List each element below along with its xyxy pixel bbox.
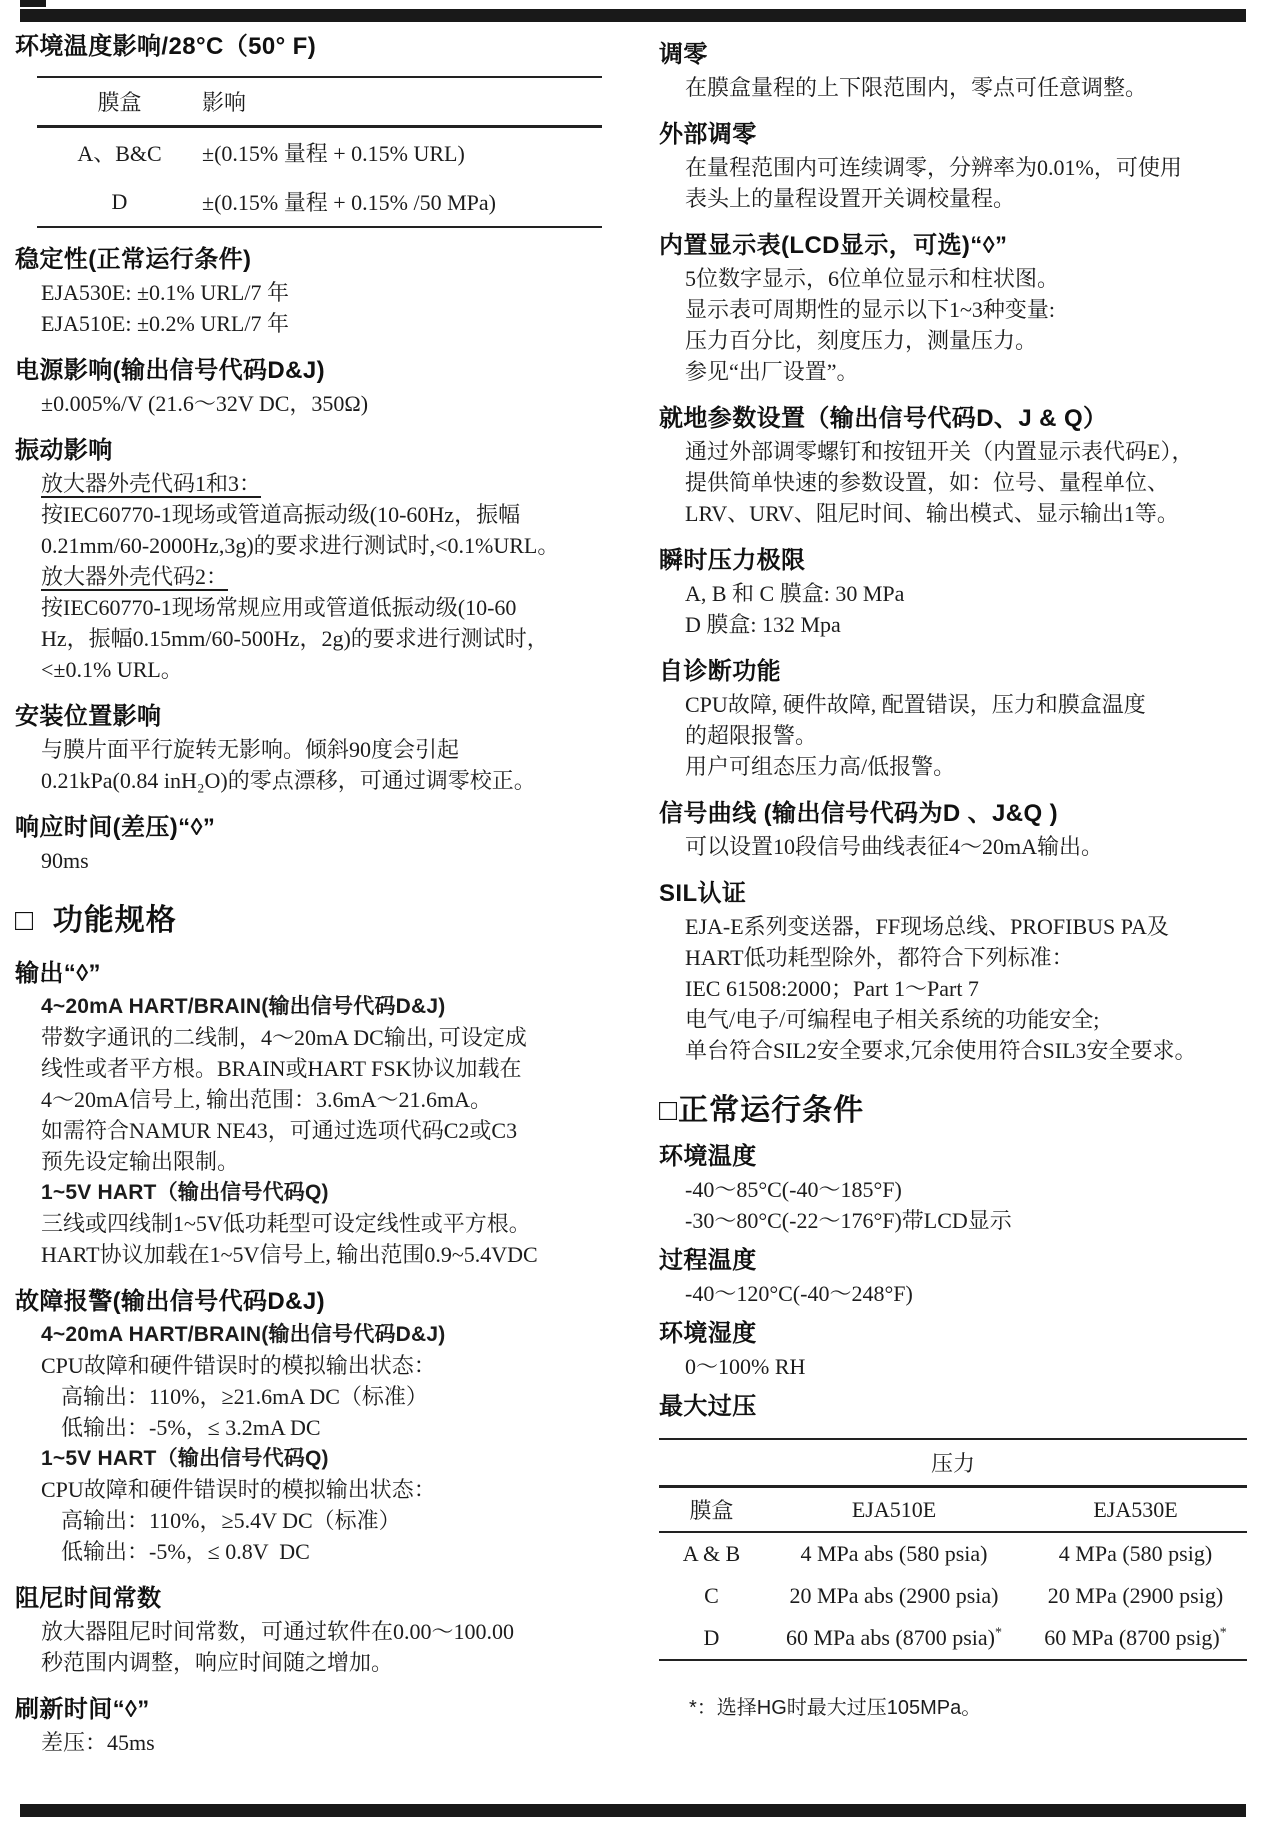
text-line: HART低功耗型除外，都符合下列标准： xyxy=(659,942,1249,973)
text-line: -30～80°C(-22～176°F)带LCD显示 xyxy=(659,1205,1249,1236)
text-line: CPU故障, 硬件故障, 配置错误，压力和膜盒温度 xyxy=(659,689,1249,720)
section-output: 输出“◊”4~20mA HART/BRAIN(输出信号代码D&J)带数字通讯的二… xyxy=(15,957,635,1270)
section-heading: 外部调零 xyxy=(659,118,1249,152)
text-line: EJA530E: ±0.1% URL/7 年 xyxy=(15,277,635,308)
section-heading: 环境温度影响/28°C（50° F) xyxy=(15,30,635,64)
section-update-time: 刷新时间“◊”差压：45ms xyxy=(15,1693,635,1758)
text-line: 按IEC60770-1现场常规应用或管道低振动级(10-60 xyxy=(15,592,635,623)
section-ambient-temperature-effect: 环境温度影响/28°C（50° F)膜盒影响A、B&C±(0.15% 量程 + … xyxy=(15,30,635,228)
section-heading: 振动影响 xyxy=(15,434,635,468)
table-cell: 4 MPa abs (580 psia) xyxy=(764,1532,1024,1575)
section-heading: 内置显示表(LCD显示，可选)“◊” xyxy=(659,229,1249,263)
table-row: D60 MPa abs (8700 psia)*60 MPa (8700 psi… xyxy=(659,1617,1247,1660)
text-line: 压力百分比，刻度压力，测量压力。 xyxy=(659,325,1249,356)
table-header-cell: EJA510E xyxy=(764,1487,1024,1533)
section-heading: 阻尼时间常数 xyxy=(15,1582,635,1616)
section-heading: 信号曲线 (输出信号代码为D 、J&Q ) xyxy=(659,797,1249,831)
text-line: 秒范围内调整，响应时间随之增加。 xyxy=(15,1647,635,1678)
table-cell: 4 MPa (580 psig) xyxy=(1024,1532,1247,1575)
section-sil-certification: SIL认证EJA-E系列变送器，FF现场总线、PROFIBUS PA及HART低… xyxy=(659,877,1249,1066)
text-line: 差压：45ms xyxy=(15,1727,635,1758)
section-heading: 稳定性(正常运行条件) xyxy=(15,243,635,277)
section-self-diagnostics: 自诊断功能CPU故障, 硬件故障, 配置错误，压力和膜盒温度的超限报警。用户可组… xyxy=(659,655,1249,782)
left-column: 环境温度影响/28°C（50° F)膜盒影响A、B&C±(0.15% 量程 + … xyxy=(15,30,635,1758)
text-line: 带数字通讯的二线制，4～20mA DC输出, 可设定成 xyxy=(15,1022,635,1053)
table-header-row: 膜盒影响 xyxy=(37,77,602,127)
section-mounting-position-effect: 安装位置影响与膜片面平行旋转无影响。倾斜90度会引起0.21kPa(0.84 i… xyxy=(15,700,635,796)
table-header-cell: 膜盒 xyxy=(37,77,202,127)
text-line: 0.21mm/60-2000Hz,3g)的要求进行测试时,<0.1%URL。 xyxy=(15,530,635,561)
table-head: 膜盒影响 xyxy=(37,77,602,127)
table-row: C20 MPa abs (2900 psia)20 MPa (2900 psig… xyxy=(659,1575,1247,1617)
table-cell: A、B&C xyxy=(37,127,202,178)
text-line: LRV、URV、阻尼时间、输出模式、显示输出1等。 xyxy=(659,498,1249,529)
effect-table: 膜盒影响A、B&C±(0.15% 量程 + 0.15% URL)D±(0.15%… xyxy=(37,76,602,228)
table-cell: D xyxy=(659,1617,764,1660)
text-line: IEC 61508:2000；Part 1～Part 7 xyxy=(659,973,1249,1004)
text-line: 0～100% RH xyxy=(659,1351,1249,1382)
text-line: 90ms xyxy=(15,845,635,876)
text-line: 低输出：-5%，≤ 3.2mA DC xyxy=(15,1412,635,1443)
table-cell: 20 MPa (2900 psig) xyxy=(1024,1575,1247,1617)
section-maximum-overpressure: 最大过压压力膜盒EJA510EEJA530EA & B4 MPa abs (58… xyxy=(659,1390,1249,1720)
document-body: 环境温度影响/28°C（50° F)膜盒影响A、B&C±(0.15% 量程 + … xyxy=(15,30,1249,1758)
text-line: 表头上的量程设置开关调校量程。 xyxy=(659,183,1249,214)
footnote-star: * xyxy=(1220,1626,1227,1641)
text-line: 可以设置10段信号曲线表征4～20mA输出。 xyxy=(659,831,1249,862)
table-cell: 60 MPa (8700 psig)* xyxy=(1024,1617,1247,1660)
table-span-row: 压力 xyxy=(659,1439,1247,1487)
table-cell: A & B xyxy=(659,1532,764,1575)
text-line: A, B 和 C 膜盒: 30 MPa xyxy=(659,578,1249,609)
text-line: 高输出：110%，≥5.4V DC（标准） xyxy=(15,1505,635,1536)
table-row: A & B4 MPa abs (580 psia)4 MPa (580 psig… xyxy=(659,1532,1247,1575)
text-line: 通过外部调零螺钉和按钮开关（内置显示表代码E）， xyxy=(659,436,1249,467)
section-heading: 最大过压 xyxy=(659,1390,1249,1424)
section-local-parameter-setting: 就地参数设置（输出信号代码D、J & Q）通过外部调零螺钉和按钮开关（内置显示表… xyxy=(659,402,1249,529)
table-header-row: 膜盒EJA510EEJA530E xyxy=(659,1487,1247,1533)
section-external-zero-adjustment: 外部调零在量程范围内可连续调零，分辨率为0.01%，可使用表头上的量程设置开关调… xyxy=(659,118,1249,214)
overpressure-table: 压力膜盒EJA510EEJA530EA & B4 MPa abs (580 ps… xyxy=(659,1438,1247,1661)
section-functional-specifications: □ 功能规格 xyxy=(15,900,635,942)
text-line: D 膜盒: 132 Mpa xyxy=(659,609,1249,640)
footnote-star: * xyxy=(995,1626,1002,1641)
text-line: EJA510E: ±0.2% URL/7 年 xyxy=(15,308,635,339)
text-line: 线性或者平方根。BRAIN或HART FSK协议加载在 xyxy=(15,1053,635,1084)
section-heading: 输出“◊” xyxy=(15,957,635,991)
table-span-header: 压力 xyxy=(659,1439,1247,1487)
table-cell: 60 MPa abs (8700 psia)* xyxy=(764,1617,1024,1660)
top-left-tab-mark xyxy=(20,0,46,7)
table-header-cell: 影响 xyxy=(202,77,602,127)
text-line: 高输出：110%，≥21.6mA DC（标准） xyxy=(15,1381,635,1412)
table-head: 压力膜盒EJA510EEJA530E xyxy=(659,1439,1247,1532)
text-line: CPU故障和硬件错误时的模拟输出状态： xyxy=(15,1474,635,1505)
text-line: 放大器阻尼时间常数，可通过软件在0.00～100.00 xyxy=(15,1616,635,1647)
text-line: <±0.1% URL。 xyxy=(15,654,635,685)
right-column: 调零在膜盒量程的上下限范围内，零点可任意调整。外部调零在量程范围内可连续调零，分… xyxy=(659,30,1249,1758)
text-line: 如需符合NAMUR NE43，可通过选项代码C2或C3 xyxy=(15,1115,635,1146)
bottom-rule xyxy=(20,1804,1246,1817)
table-cell: D xyxy=(37,177,202,227)
table-cell: 20 MPa abs (2900 psia) xyxy=(764,1575,1024,1617)
table-body: A & B4 MPa abs (580 psia)4 MPa (580 psig… xyxy=(659,1532,1247,1660)
table-row: D±(0.15% 量程 + 0.15% /50 MPa) xyxy=(37,177,602,227)
section-heading: 调零 xyxy=(659,38,1249,72)
section-response-time: 响应时间(差压)“◊”90ms xyxy=(15,811,635,876)
text-line: 预先设定输出限制。 xyxy=(15,1146,635,1177)
section-heading: 电源影响(输出信号代码D&J) xyxy=(15,354,635,388)
text-line: 按IEC60770-1现场或管道高振动级(10-60Hz，振幅 xyxy=(15,499,635,530)
section-ambient-temperature: 环境温度-40～85°C(-40～185°F)-30～80°C(-22～176°… xyxy=(659,1140,1249,1236)
table-row: A、B&C±(0.15% 量程 + 0.15% URL) xyxy=(37,127,602,178)
section-vibration-effect: 振动影响放大器外壳代码1和3：按IEC60770-1现场或管道高振动级(10-6… xyxy=(15,434,635,685)
table-header-cell: EJA530E xyxy=(1024,1487,1247,1533)
section-failure-alarm: 故障报警(输出信号代码D&J)4~20mA HART/BRAIN(输出信号代码D… xyxy=(15,1285,635,1567)
section-heading: □正常运行条件 xyxy=(659,1090,1249,1132)
text-line: EJA-E系列变送器，FF现场总线、PROFIBUS PA及 xyxy=(659,911,1249,942)
section-stability: 稳定性(正常运行条件)EJA530E: ±0.1% URL/7 年EJA510E… xyxy=(15,243,635,339)
section-heading: 刷新时间“◊” xyxy=(15,1693,635,1727)
section-heading: 环境温度 xyxy=(659,1140,1249,1174)
text-line: 在量程范围内可连续调零，分辨率为0.01%，可使用 xyxy=(659,152,1249,183)
text-line: CPU故障和硬件错误时的模拟输出状态： xyxy=(15,1350,635,1381)
section-process-temperature: 过程温度-40～120°C(-40～248°F) xyxy=(659,1244,1249,1309)
section-zero-adjustment: 调零在膜盒量程的上下限范围内，零点可任意调整。 xyxy=(659,38,1249,103)
text-line: 的超限报警。 xyxy=(659,720,1249,751)
section-heading: SIL认证 xyxy=(659,877,1249,911)
section-heading: 瞬时压力极限 xyxy=(659,544,1249,578)
section-heading: 故障报警(输出信号代码D&J) xyxy=(15,1285,635,1319)
section-signal-characterizer: 信号曲线 (输出信号代码为D 、J&Q )可以设置10段信号曲线表征4～20mA… xyxy=(659,797,1249,862)
text-line: 4~20mA HART/BRAIN(输出信号代码D&J) xyxy=(15,991,635,1022)
text-line: 4～20mA信号上, 输出范围：3.6mA～21.6mA。 xyxy=(15,1084,635,1115)
text-line: 5位数字显示，6位单位显示和柱状图。 xyxy=(659,263,1249,294)
section-heading: 环境湿度 xyxy=(659,1317,1249,1351)
section-heading: 自诊断功能 xyxy=(659,655,1249,689)
section-normal-operating-conditions: □正常运行条件 xyxy=(659,1090,1249,1132)
table-footnote: *：选择HG时最大过压105MPa。 xyxy=(659,1691,1249,1720)
section-ambient-humidity: 环境湿度0～100% RH xyxy=(659,1317,1249,1382)
table-cell: C xyxy=(659,1575,764,1617)
section-heading: 响应时间(差压)“◊” xyxy=(15,811,635,845)
table-header-cell: 膜盒 xyxy=(659,1487,764,1533)
section-heading: 安装位置影响 xyxy=(15,700,635,734)
section-heading: □ 功能规格 xyxy=(15,900,635,942)
table-body: A、B&C±(0.15% 量程 + 0.15% URL)D±(0.15% 量程 … xyxy=(37,127,602,228)
text-line: 放大器外壳代码1和3： xyxy=(15,468,635,499)
text-line: 4~20mA HART/BRAIN(输出信号代码D&J) xyxy=(15,1319,635,1350)
text-line: 显示表可周期性的显示以下1~3种变量: xyxy=(659,294,1249,325)
section-instantaneous-pressure-limit: 瞬时压力极限A, B 和 C 膜盒: 30 MPaD 膜盒: 132 Mpa xyxy=(659,544,1249,640)
text-line: 在膜盒量程的上下限范围内，零点可任意调整。 xyxy=(659,72,1249,103)
text-line: 电气/电子/可编程电子相关系统的功能安全; xyxy=(659,1004,1249,1035)
top-rule xyxy=(20,9,1246,22)
table-cell: ±(0.15% 量程 + 0.15% /50 MPa) xyxy=(202,177,602,227)
section-power-supply-effect: 电源影响(输出信号代码D&J)±0.005%/V (21.6～32V DC，35… xyxy=(15,354,635,419)
section-damping-time-constant: 阻尼时间常数放大器阻尼时间常数，可通过软件在0.00～100.00秒范围内调整，… xyxy=(15,1582,635,1678)
section-heading: 过程温度 xyxy=(659,1244,1249,1278)
section-integral-indicator: 内置显示表(LCD显示，可选)“◊”5位数字显示，6位单位显示和柱状图。显示表可… xyxy=(659,229,1249,387)
text-line: 0.21kPa(0.84 inH₂O)的零点漂移，可通过调零校正。 xyxy=(15,765,635,796)
text-line: 放大器外壳代码2： xyxy=(15,561,635,592)
table-cell: ±(0.15% 量程 + 0.15% URL) xyxy=(202,127,602,178)
text-line: 提供简单快速的参数设置，如：位号、量程单位、 xyxy=(659,467,1249,498)
text-line: 参见“出厂设置”。 xyxy=(659,356,1249,387)
text-line: 用户可组态压力高/低报警。 xyxy=(659,751,1249,782)
text-line: -40～120°C(-40～248°F) xyxy=(659,1278,1249,1309)
text-line: HART协议加载在1~5V信号上, 输出范围0.9~5.4VDC xyxy=(15,1239,635,1270)
text-line: 1~5V HART（输出信号代码Q) xyxy=(15,1177,635,1208)
text-line: 与膜片面平行旋转无影响。倾斜90度会引起 xyxy=(15,734,635,765)
text-line: Hz，振幅0.15mm/60-500Hz，2g)的要求进行测试时， xyxy=(15,623,635,654)
text-line: ±0.005%/V (21.6～32V DC，350Ω) xyxy=(15,388,635,419)
text-line: -40～85°C(-40～185°F) xyxy=(659,1174,1249,1205)
text-line: 1~5V HART（输出信号代码Q) xyxy=(15,1443,635,1474)
section-heading: 就地参数设置（输出信号代码D、J & Q） xyxy=(659,402,1249,436)
text-line: 三线或四线制1~5V低功耗型可设定线性或平方根。 xyxy=(15,1208,635,1239)
text-line: 单台符合SIL2安全要求,冗余使用符合SIL3安全要求。 xyxy=(659,1035,1249,1066)
text-line: 低输出：-5%，≤ 0.8V DC xyxy=(15,1536,635,1567)
